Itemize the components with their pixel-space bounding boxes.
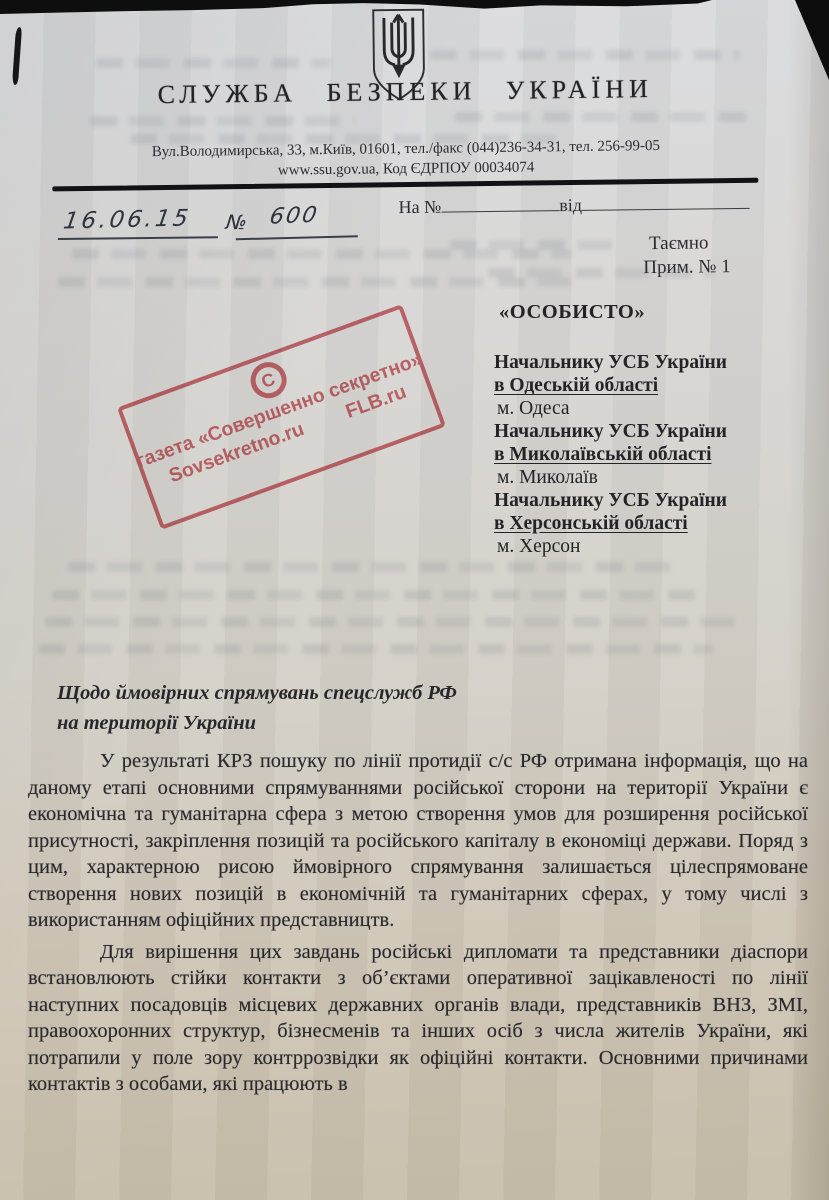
- recipient-city: м. Одеса: [494, 397, 727, 420]
- recipient-city: м. Миколаїв: [494, 466, 727, 489]
- scanned-document-photo: СЛУЖБА БЕЗПЕКИ УКРАЇНИ Вул.Володимирська…: [0, 0, 829, 1200]
- incoming-from-blank-line: [582, 194, 750, 211]
- subject-block: Щодо ймовірних спрямувань спецслужб РФ н…: [57, 678, 457, 738]
- incoming-from-label: від: [559, 195, 582, 215]
- number-sign: №: [225, 210, 249, 234]
- secrecy-block: Таємно Прим. № 1: [643, 231, 731, 280]
- outgoing-number: 600: [268, 203, 321, 230]
- recipient-region: в Херсонській області: [494, 512, 727, 535]
- personal-marking: «ОСОБИСТО»: [499, 301, 645, 324]
- recipient-region: в Миколаївській області: [494, 443, 727, 466]
- bleed-through-line: [38, 644, 713, 654]
- letter-body: У результаті КРЗ пошуку по лінії протиді…: [28, 748, 808, 1103]
- recipient-list: Начальнику УСБ України в Одеській област…: [494, 351, 727, 558]
- press-stamp: C газета «Совершенно секретно» Sovsekret…: [117, 304, 446, 530]
- body-paragraph: Для вирішення цих завдань російські дипл…: [28, 939, 808, 1098]
- letterhead: СЛУЖБА БЕЗПЕКИ УКРАЇНИ Вул.Володимирська…: [0, 0, 829, 310]
- recipient-block: Начальнику УСБ України в Миколаївській о…: [494, 420, 727, 489]
- handwritten-underline: [236, 235, 358, 240]
- bleed-through-line: [68, 562, 683, 572]
- org-name: СЛУЖБА БЕЗПЕКИ УКРАЇНИ: [0, 72, 811, 112]
- recipient-city: м. Херсон: [494, 535, 727, 558]
- outgoing-date: 16.06.15: [62, 205, 193, 234]
- bleed-through-line: [45, 617, 735, 627]
- recipient-title: Начальнику УСБ України: [494, 351, 727, 374]
- recipient-block: Начальнику УСБ України в Херсонській обл…: [494, 489, 727, 558]
- outgoing-reference-handwritten: 16.06.15 № 600: [58, 198, 389, 251]
- incoming-ref-blank-line: [441, 196, 559, 212]
- subject-line1: Щодо ймовірних спрямувань спецслужб РФ: [57, 678, 457, 708]
- handwritten-underline: [58, 236, 218, 240]
- recipient-region: в Одеській області: [494, 374, 727, 397]
- body-paragraph: У результаті КРЗ пошуку по лінії протиді…: [28, 748, 808, 934]
- recipient-title: Начальнику УСБ України: [494, 420, 727, 443]
- recipient-block: Начальнику УСБ України в Одеській област…: [494, 351, 727, 420]
- incoming-ref-label: На №: [398, 197, 441, 218]
- recipient-title: Начальнику УСБ України: [494, 489, 727, 512]
- copy-number-label: Прим. № 1: [643, 255, 731, 280]
- subject-line2: на території України: [57, 708, 457, 738]
- secrecy-label: Таємно: [649, 231, 731, 256]
- incoming-reference-row: На №від: [398, 193, 750, 218]
- bleed-through-line: [52, 590, 707, 600]
